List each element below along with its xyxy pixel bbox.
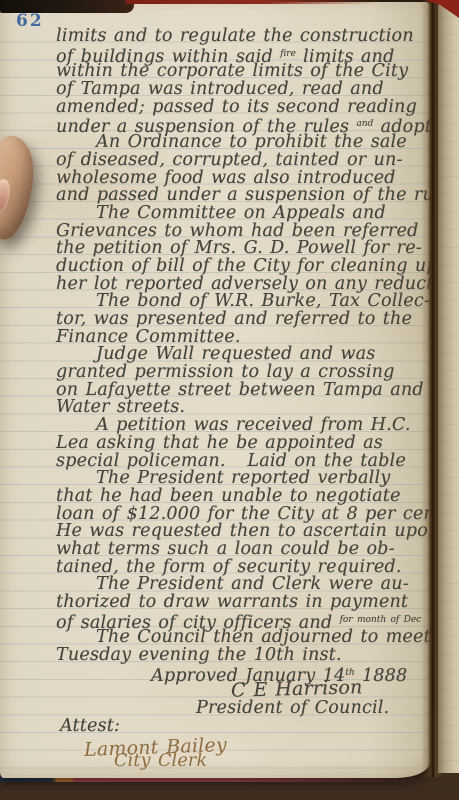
manuscript-line: Lea asking that he be appointed as: [56, 435, 430, 453]
page-number: 62: [16, 11, 44, 31]
manuscript-line: thorized to draw warrants in payment: [56, 594, 430, 612]
manuscript-line: amended; passed to its second reading: [56, 99, 430, 117]
manuscript-line: Tuesday evening the 10th inst.: [56, 647, 430, 665]
ledger-page: 62 limits and to regulate the constructi…: [0, 2, 430, 778]
manuscript-line: duction of bill of the City for cleaning…: [56, 258, 430, 276]
manuscript-line: that he had been unable to negotiate: [56, 488, 430, 506]
manuscript-line: limits and to regulate the construction: [56, 28, 430, 46]
thumb-fingernail: [0, 178, 12, 214]
manuscript-lines: limits and to regulate the constructiono…: [56, 28, 430, 771]
book-cover-red-trim: [126, 0, 378, 4]
manuscript-line: of diseased, corrupted, tainted or un-: [56, 152, 430, 170]
manuscript-line: what terms such a loan could be ob-: [56, 541, 430, 559]
ledger-photo: 62 limits and to regulate the constructi…: [0, 0, 459, 800]
book-cover-top-edge: [0, 0, 134, 13]
book-gutter: [421, 0, 443, 777]
manuscript-line: The Committee on Appeals and: [56, 205, 430, 223]
